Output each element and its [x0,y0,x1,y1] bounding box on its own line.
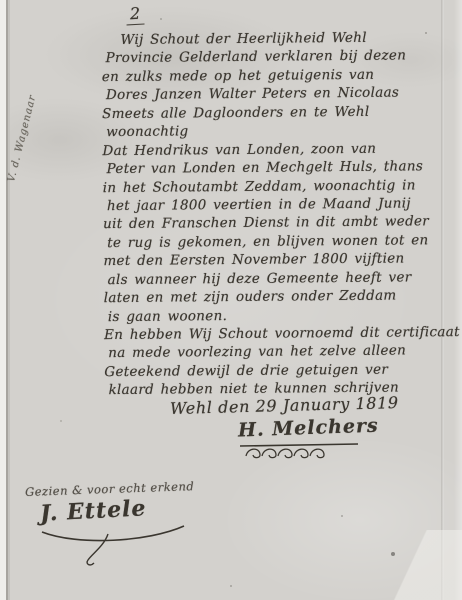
manuscript-line: Peter van Londen en Mechgelt Huls, thans [107,157,462,179]
page-number: 2 [125,4,144,26]
schout-signature: H. Melchers [238,415,379,442]
manuscript-body: Wij Schout der Heerlijkheid Wehl Provinc… [0,28,462,401]
signature-flourish-icon [240,443,360,461]
manuscript-line: als wanneer hij deze Gemeente heeft ver [107,268,462,290]
attestation-note: Gezien & voor echt erkend [25,479,195,499]
manuscript-line: te rug is gekomen, en blijven wonen tot … [107,231,462,253]
attestation-flourish-icon [38,520,188,568]
manuscript-line: En hebben Wij Schout voornoemd dit certi… [104,323,462,345]
paper-corner-bottom-right [342,530,462,600]
paper-specks [0,0,2,2]
scanned-manuscript-page: 2 V. d. Wagenaar Wij Schout der Heerlijk… [0,0,462,600]
